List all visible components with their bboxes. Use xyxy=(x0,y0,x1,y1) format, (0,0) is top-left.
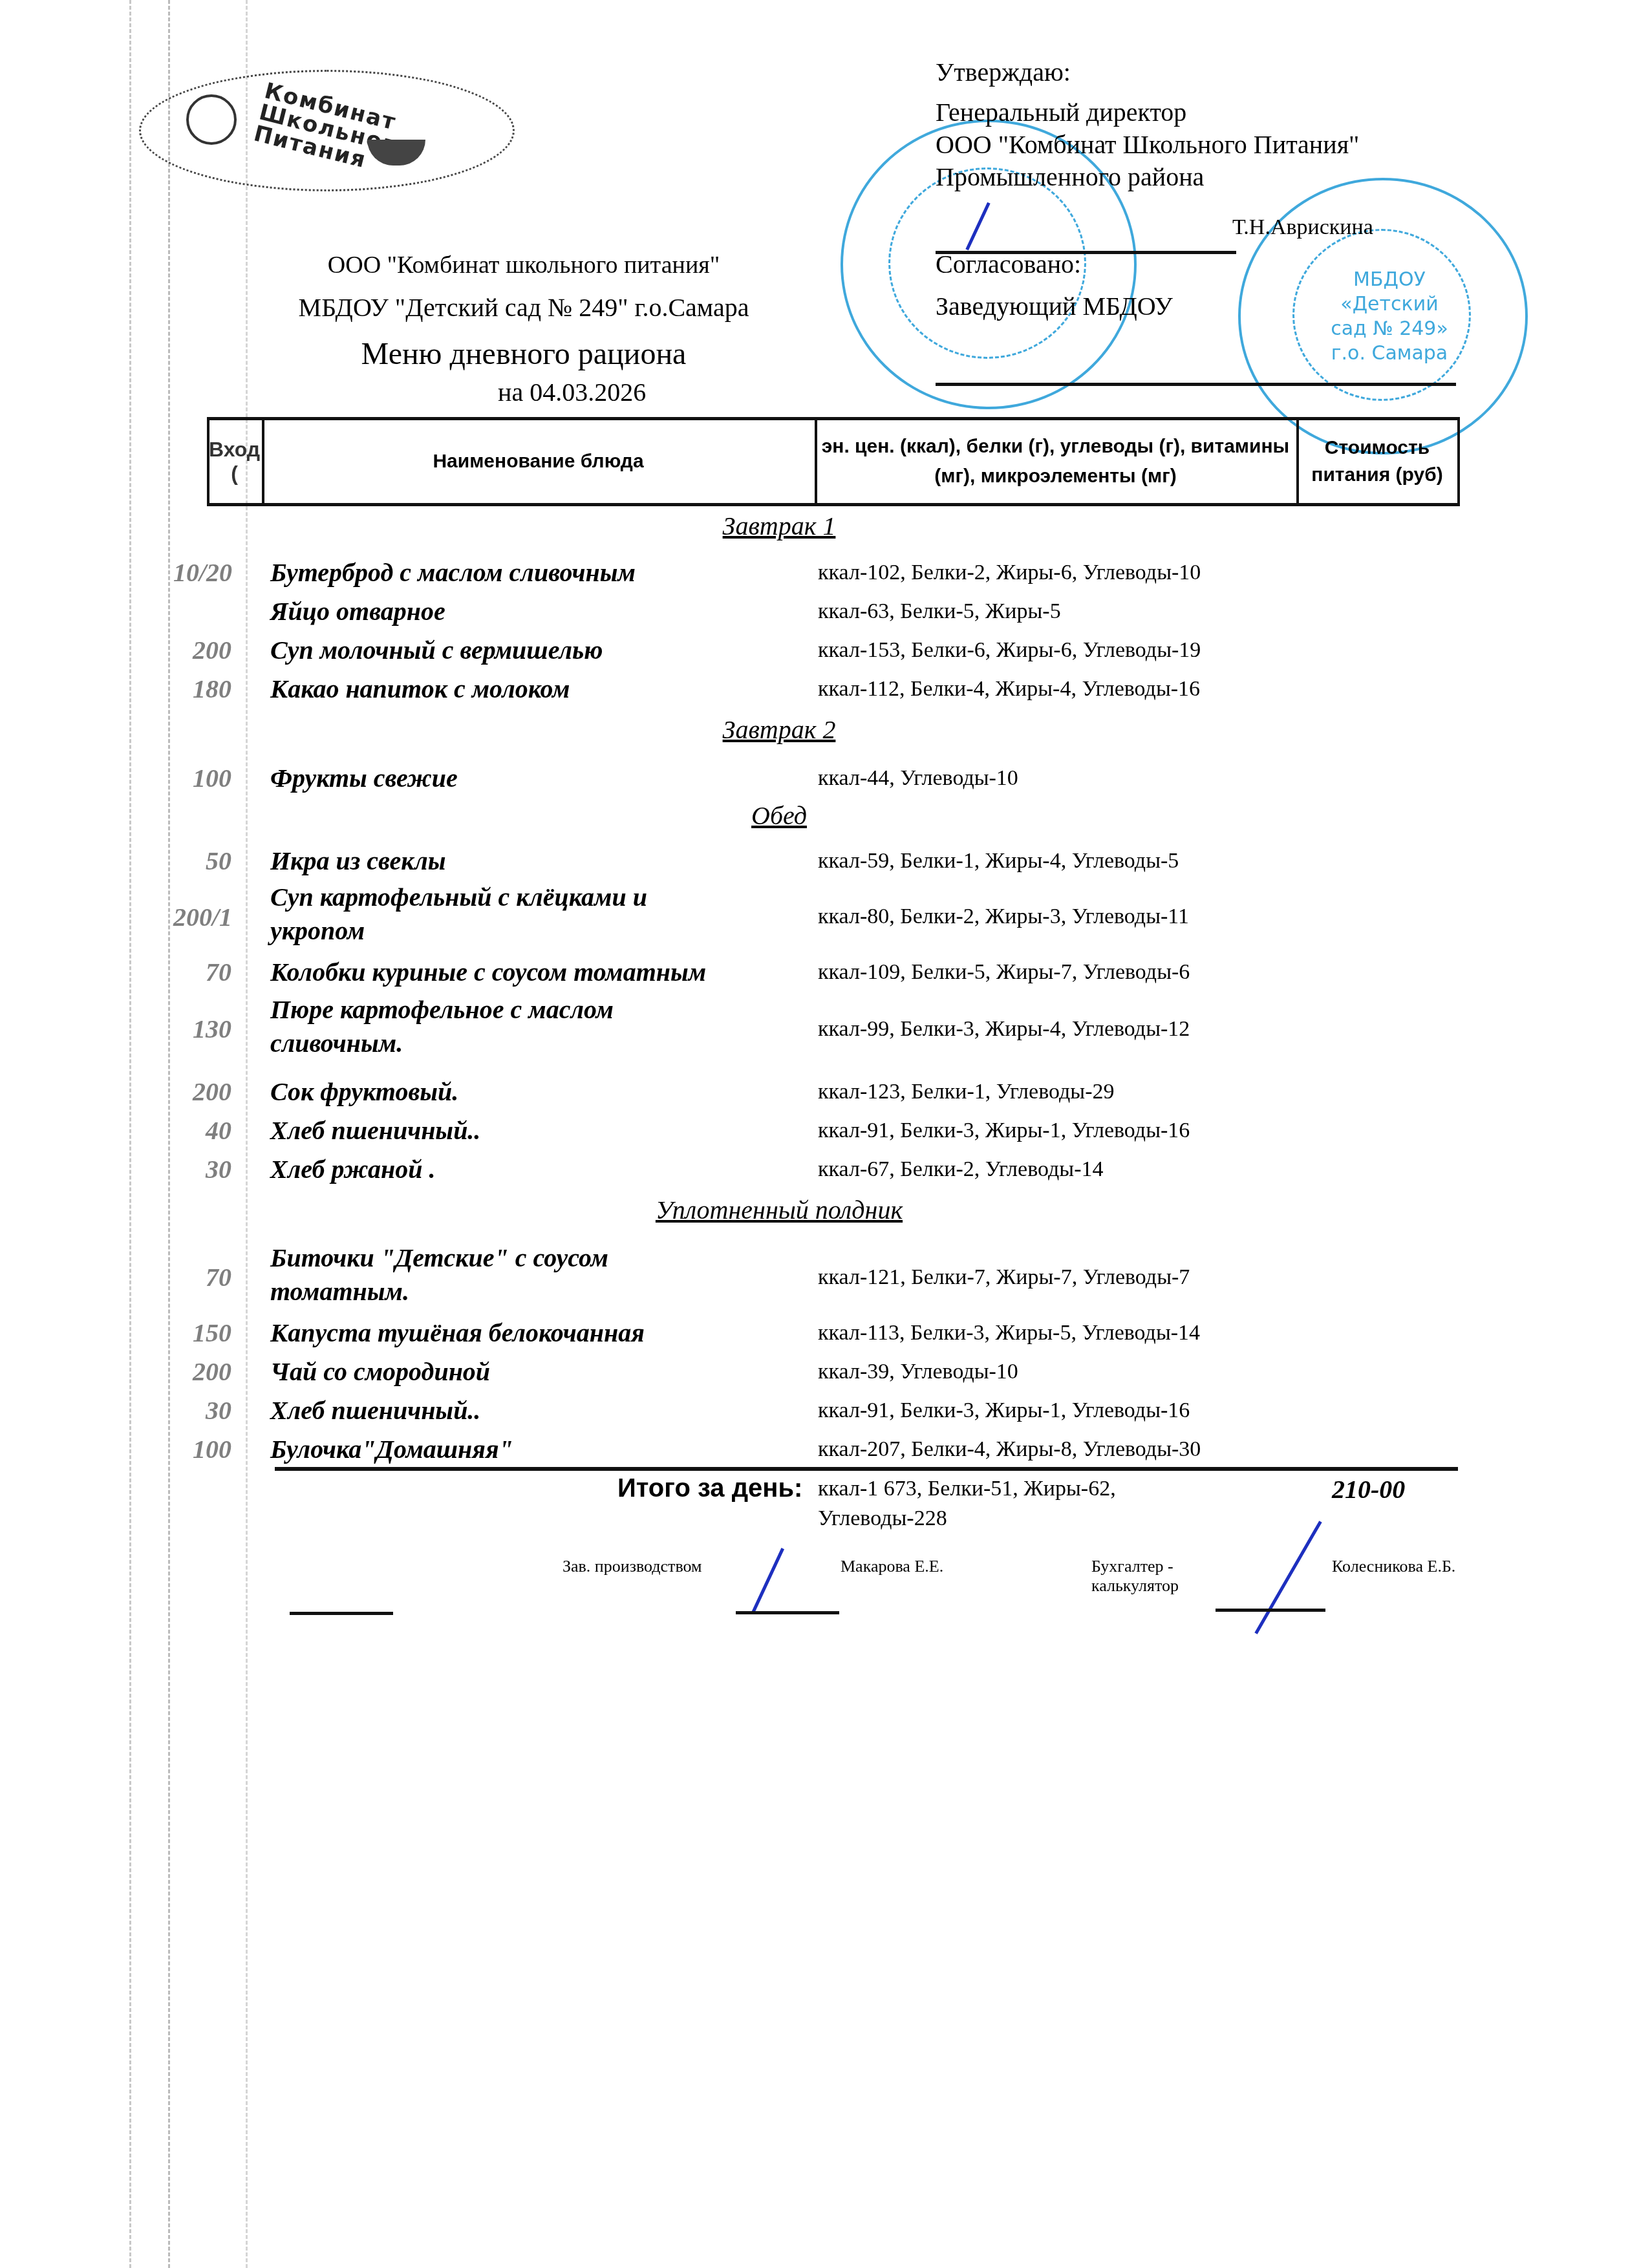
column-header-dish-name: Наименование блюда xyxy=(262,420,815,503)
dish-name: Яйцо отварное xyxy=(270,594,813,630)
signature-line xyxy=(1216,1609,1325,1612)
dish-nutrition: ккал-99, Белки-3, Жиры-4, Углеводы-12 xyxy=(818,1011,1283,1047)
section-title-lunch: Обед xyxy=(262,800,1296,831)
production-manager-label: Зав. производством xyxy=(562,1557,702,1576)
total-nutrition: ккал-1 673, Белки-51, Жиры-62, Углеводы-… xyxy=(818,1474,1206,1534)
column-header-weight: Вход ( xyxy=(207,420,262,503)
dish-nutrition: ккал-121, Белки-7, Жиры-7, Углеводы-7 xyxy=(818,1259,1283,1296)
stamp-line: г.о. Самара xyxy=(1325,341,1454,366)
dish-weight: 100 xyxy=(173,763,231,793)
dish-nutrition: ккал-91, Белки-3, Жиры-1, Углеводы-16 xyxy=(818,1393,1283,1429)
dish-weight: 30 xyxy=(173,1395,231,1426)
column-header-cost: Стоимость питания (руб) xyxy=(1296,420,1458,503)
dish-name: Колобки куриные с соусом томатным xyxy=(270,954,813,990)
agreed-label: Согласовано: xyxy=(936,249,1081,279)
dish-name: Икра из свеклы xyxy=(270,843,813,879)
dish-nutrition: ккал-63, Белки-5, Жиры-5 xyxy=(818,594,1283,630)
dish-weight: 200 xyxy=(173,1356,231,1387)
signature-line xyxy=(936,383,1456,386)
accountant-name: Колесникова Е.Б. xyxy=(1332,1557,1455,1576)
dish-nutrition: ккал-59, Белки-1, Жиры-4, Углеводы-5 xyxy=(818,843,1283,879)
document-title: Меню дневного рациона xyxy=(233,336,815,372)
dish-name: Сок фруктовый. xyxy=(270,1074,813,1110)
dish-weight: 130 xyxy=(173,1014,231,1044)
total-label: Итого за день: xyxy=(617,1474,802,1503)
dish-nutrition: ккал-39, Углеводы-10 xyxy=(818,1354,1283,1390)
logo-child-face-icon xyxy=(186,94,237,145)
agreed-position: Заведующий МБДОУ xyxy=(936,291,1173,321)
stamp-line: сад № 249» xyxy=(1325,317,1454,341)
dish-nutrition: ккал-207, Белки-4, Жиры-8, Углеводы-30 xyxy=(818,1431,1283,1468)
production-manager-signature xyxy=(751,1548,784,1614)
total-cost: 210-00 xyxy=(1332,1474,1405,1504)
approve-label: Утверждаю: xyxy=(936,57,1071,87)
dish-weight: 70 xyxy=(173,1262,231,1292)
dish-nutrition: ккал-44, Углеводы-10 xyxy=(818,760,1283,797)
section-title-breakfast-1: Завтрак 1 xyxy=(262,511,1296,541)
logo-text: Комбинат Школьного Питания xyxy=(252,80,418,181)
menu-date: на 04.03.2026 xyxy=(498,377,756,407)
accountant-label-line: калькулятор xyxy=(1091,1576,1179,1596)
dish-weight: 150 xyxy=(173,1318,231,1348)
dish-nutrition: ккал-91, Белки-3, Жиры-1, Углеводы-16 xyxy=(818,1113,1283,1149)
section-title-breakfast-2: Завтрак 2 xyxy=(262,714,1296,745)
approver-name: Т.Н.Аврискина xyxy=(1232,215,1373,240)
dish-weight: 200 xyxy=(173,635,231,665)
company-logo: Комбинат Школьного Питания xyxy=(139,70,515,191)
scan-artifact-line xyxy=(168,0,171,2268)
dish-name: Булочка"Домашняя" xyxy=(270,1431,813,1468)
dish-name: Капуста тушёная белокочанная xyxy=(270,1315,813,1351)
dish-name: Бутерброд с маслом сливочным xyxy=(270,555,813,591)
accountant-label-line: Бухгалтер - xyxy=(1091,1557,1179,1576)
totals-divider xyxy=(275,1467,1458,1471)
approver-district: Промышленного района xyxy=(936,162,1204,192)
signature-line xyxy=(736,1611,839,1614)
dish-name: Хлеб ржаной . xyxy=(270,1151,813,1188)
stamp-center-text: МБДОУ «Детский сад № 249» г.о. Самара xyxy=(1325,268,1454,366)
stamp-line: МБДОУ xyxy=(1325,268,1454,292)
signature-line xyxy=(290,1612,393,1615)
dish-name: Пюре картофельное с маслом сливочным. xyxy=(270,993,723,1060)
dish-nutrition: ккал-80, Белки-2, Жиры-3, Углеводы-11 xyxy=(818,899,1283,935)
approver-position: Генеральный директор xyxy=(936,97,1186,127)
dish-nutrition: ккал-112, Белки-4, Жиры-4, Углеводы-16 xyxy=(818,671,1283,707)
approver-organization: ООО "Комбинат Школьного Питания" xyxy=(936,129,1359,160)
total-nutrition-line: Углеводы-228 xyxy=(818,1504,1206,1534)
dish-name: Фрукты свежие xyxy=(270,760,813,797)
dish-weight: 200 xyxy=(173,1076,231,1107)
institution-name: МБДОУ "Детский сад № 249" г.о.Самара xyxy=(233,292,815,323)
organization-name: ООО "Комбинат школьного питания" xyxy=(233,251,815,279)
dish-name: Чай со смородиной xyxy=(270,1354,813,1390)
accountant-signature xyxy=(1254,1521,1322,1634)
dish-weight: 50 xyxy=(173,846,231,876)
dish-name: Хлеб пшеничный.. xyxy=(270,1113,813,1149)
dish-nutrition: ккал-102, Белки-2, Жиры-6, Углеводы-10 xyxy=(818,555,1283,591)
dish-weight: 10/20 xyxy=(173,557,231,588)
dish-weight: 180 xyxy=(173,674,231,704)
dish-name: Суп молочный с вермишелью xyxy=(270,632,813,669)
total-nutrition-line: ккал-1 673, Белки-51, Жиры-62, xyxy=(818,1474,1206,1504)
dish-nutrition: ккал-113, Белки-3, Жиры-5, Углеводы-14 xyxy=(818,1315,1283,1351)
dish-weight: 200/1 xyxy=(173,902,231,932)
dish-nutrition: ккал-67, Белки-2, Углеводы-14 xyxy=(818,1151,1283,1188)
stamp-line: «Детский xyxy=(1325,292,1454,317)
production-manager-name: Макарова Е.Е. xyxy=(841,1557,943,1576)
dish-name: Биточки "Детские" с соусом томатным. xyxy=(270,1241,723,1309)
dish-name: Хлеб пшеничный.. xyxy=(270,1393,813,1429)
column-header-nutrition: эн. цен. (ккал), белки (г), углеводы (г)… xyxy=(815,420,1296,503)
dish-name: Суп картофельный с клёцками и укропом xyxy=(270,881,723,948)
section-title-afternoon-snack: Уплотненный полдник xyxy=(262,1195,1296,1225)
dish-weight: 40 xyxy=(173,1115,231,1146)
dish-nutrition: ккал-123, Белки-1, Углеводы-29 xyxy=(818,1074,1283,1110)
dish-nutrition: ккал-153, Белки-6, Жиры-6, Углеводы-19 xyxy=(818,632,1283,669)
dish-weight: 100 xyxy=(173,1434,231,1464)
dish-nutrition: ккал-109, Белки-5, Жиры-7, Углеводы-6 xyxy=(818,954,1283,990)
accountant-label: Бухгалтер - калькулятор xyxy=(1091,1557,1179,1596)
dish-name: Какао напиток с молоком xyxy=(270,671,813,707)
table-header-bottom-border xyxy=(207,503,1460,506)
dish-weight: 30 xyxy=(173,1154,231,1184)
dish-weight: 70 xyxy=(173,957,231,987)
